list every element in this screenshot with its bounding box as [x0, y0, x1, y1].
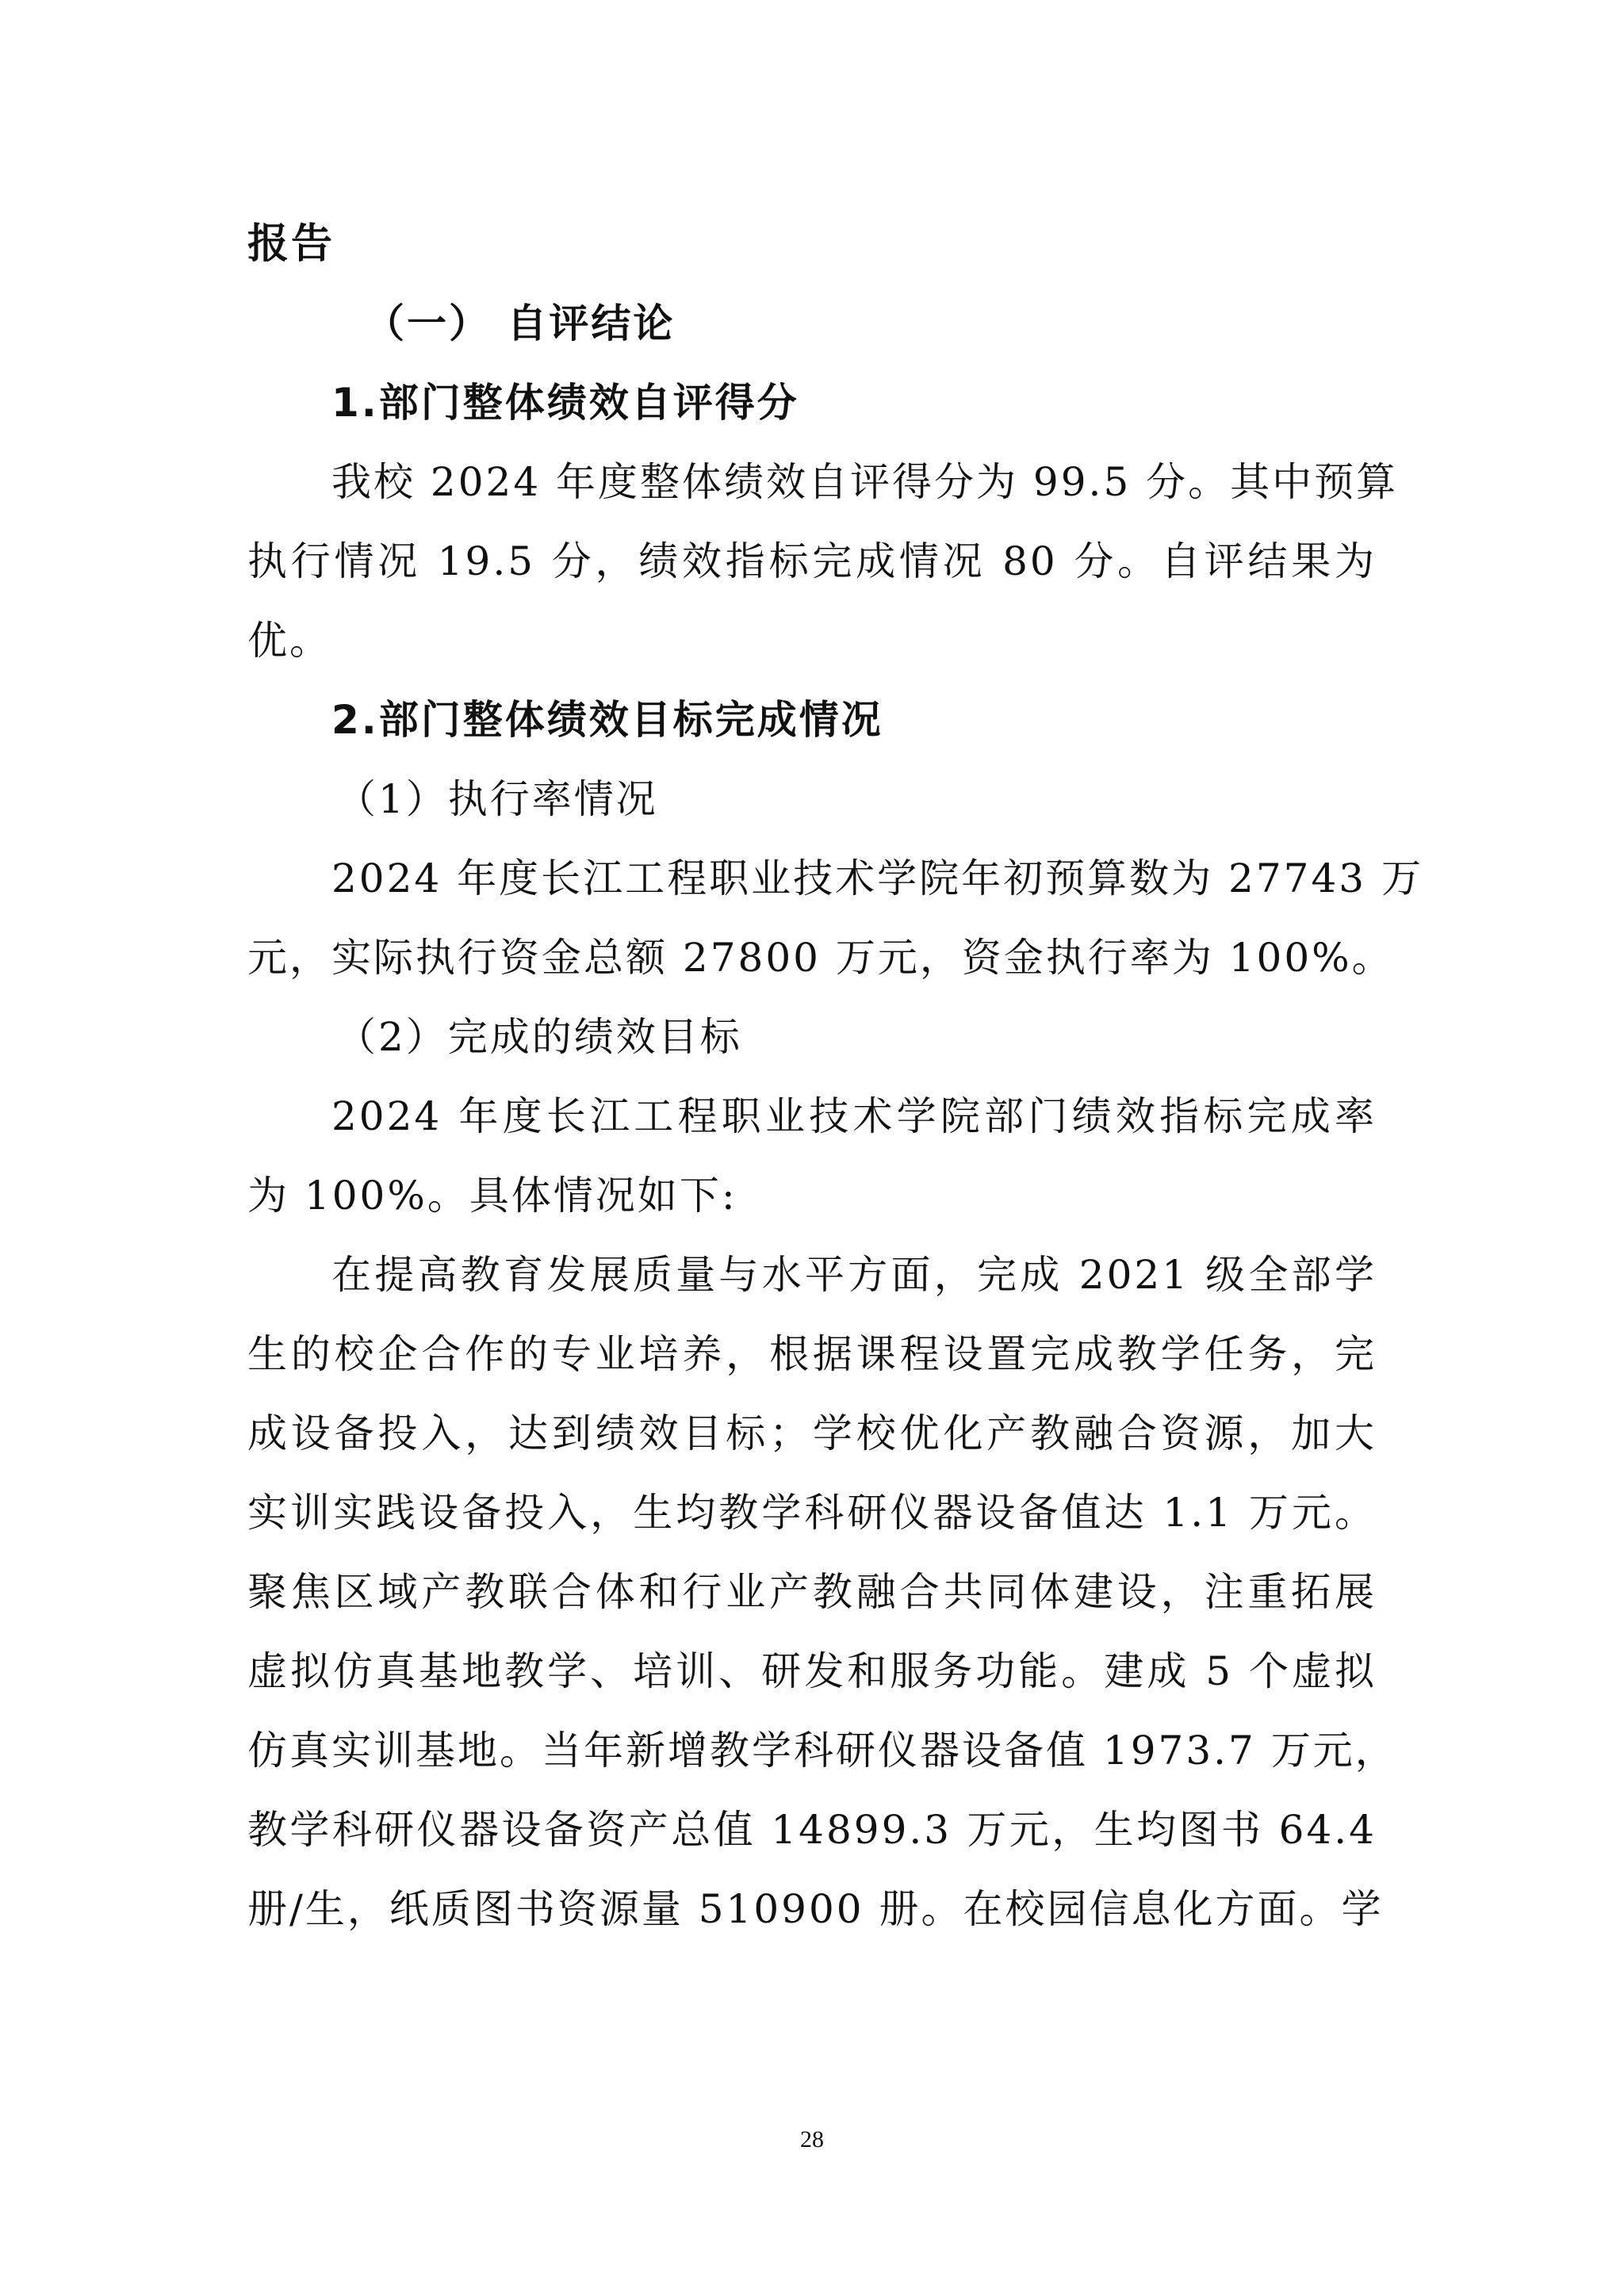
paragraph-line: 仿真实训基地。当年新增教学科研仪器设备值 1973.7 万元，	[247, 1711, 1377, 1790]
paragraph-line: 虚拟仿真基地教学、培训、研发和服务功能。建成 5 个虚拟	[247, 1632, 1377, 1711]
page-number: 28	[0, 2126, 1624, 2153]
paragraph-score-summary: 我校 2024 年度整体绩效自评得分为 99.5 分。其中预算 执行情况 19.…	[247, 442, 1377, 680]
heading-dept-score: 1.部门整体绩效自评得分	[247, 363, 1377, 442]
paragraph-line: 为 100%。具体情况如下:	[247, 1156, 1377, 1235]
paragraph-line: 成设备投入，达到绩效目标；学校优化产教融合资源，加大	[247, 1394, 1377, 1473]
paragraph-line: 优。	[247, 601, 1377, 680]
paragraph-indicator-rate: 2024 年度长江工程职业技术学院部门绩效指标完成率 为 100%。具体情况如下…	[247, 1077, 1377, 1235]
paragraph-line: 元，实际执行资金总额 27800 万元，资金执行率为 100%。	[247, 918, 1377, 997]
paragraph-line: 在提高教育发展质量与水平方面，完成 2021 级全部学	[247, 1235, 1377, 1314]
sub-heading-completed-goals: （2）完成的绩效目标	[247, 997, 1377, 1077]
sub-heading-execution-rate: （1）执行率情况	[247, 760, 1377, 839]
heading-goal-completion: 2.部门整体绩效目标完成情况	[247, 680, 1377, 760]
paragraph-line: 我校 2024 年度整体绩效自评得分为 99.5 分。其中预算	[247, 442, 1377, 522]
paragraph-line: 聚焦区域产教联合体和行业产教融合共同体建设，注重拓展	[247, 1552, 1377, 1632]
document-page: 报告 （一） 自评结论 1.部门整体绩效自评得分 我校 2024 年度整体绩效自…	[247, 205, 1377, 1949]
paragraph-line: 教学科研仪器设备资产总值 14899.3 万元，生均图书 64.4	[247, 1790, 1377, 1869]
paragraph-line: 2024 年度长江工程职业技术学院年初预算数为 27743 万	[247, 839, 1377, 918]
paragraph-line: 生的校企合作的专业培养，根据课程设置完成教学任务，完	[247, 1314, 1377, 1394]
paragraph-line: 册/生，纸质图书资源量 510900 册。在校园信息化方面。学	[247, 1869, 1377, 1949]
subsection-title: （一） 自评结论	[247, 284, 1377, 363]
paragraph-education-quality: 在提高教育发展质量与水平方面，完成 2021 级全部学 生的校企合作的专业培养，…	[247, 1235, 1377, 1949]
paragraph-line: 执行情况 19.5 分，绩效指标完成情况 80 分。自评结果为	[247, 522, 1377, 601]
paragraph-line: 2024 年度长江工程职业技术学院部门绩效指标完成率	[247, 1077, 1377, 1156]
paragraph-line: 实训实践设备投入，生均教学科研仪器设备值达 1.1 万元。	[247, 1473, 1377, 1552]
paragraph-execution-rate: 2024 年度长江工程职业技术学院年初预算数为 27743 万 元，实际执行资金…	[247, 839, 1377, 997]
section-title: 报告	[247, 205, 1377, 284]
